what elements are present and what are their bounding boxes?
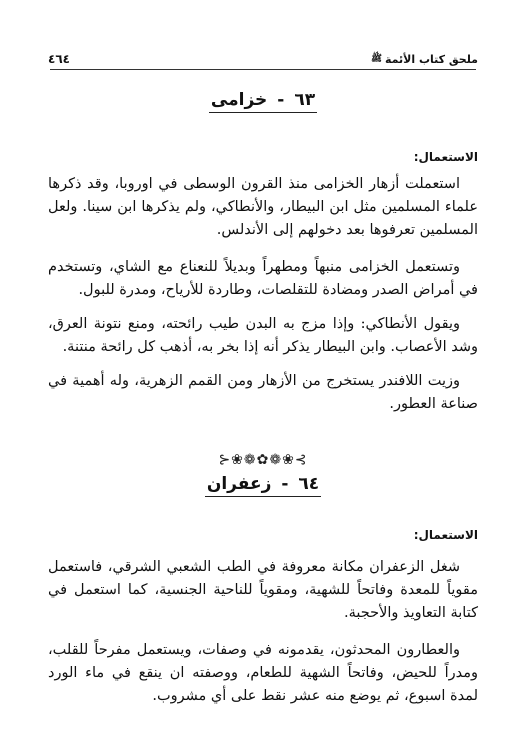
section-title-64: ٦٤-زعفران xyxy=(48,474,478,497)
section-title-63: ٦٣-خزامى xyxy=(48,90,478,113)
book-title: ملحق كتاب الأئمة ﷺ xyxy=(371,52,478,66)
usage-label: الاستعمال: xyxy=(414,528,478,542)
section-name: زعفران xyxy=(207,474,272,494)
book-title-text: ملحق كتاب الأئمة xyxy=(385,53,478,66)
running-header: ملحق كتاب الأئمة ﷺ ٤٦٤ xyxy=(48,46,478,66)
book-page: ملحق كتاب الأئمة ﷺ ٤٦٤ ٦٣-خزامى الاستعما… xyxy=(48,0,478,744)
section-number: ٦٣ xyxy=(294,90,315,110)
honorific-icon: ﷺ xyxy=(371,52,382,66)
paragraph: والعطارون المحدثون، يقدمونه في وصفات، وي… xyxy=(48,639,478,708)
section-separator: - xyxy=(281,474,288,494)
section-separator: - xyxy=(277,90,284,110)
ornament-divider-icon: ⊱❀❁✿❁❀⊰ xyxy=(48,452,478,468)
usage-label: الاستعمال: xyxy=(414,150,478,164)
paragraph: وزيت اللافندر يستخرج من الأزهار ومن القم… xyxy=(48,370,478,416)
paragraph: شغل الزعفران مكانة معروفة في الطب الشعبي… xyxy=(48,556,478,625)
section-number: ٦٤ xyxy=(298,474,319,494)
section-name: خزامى xyxy=(211,90,267,110)
paragraph: وتستعمل الخزامى منبهاً ومطهراً وبديلاً ل… xyxy=(48,256,478,302)
page-number: ٤٦٤ xyxy=(48,52,70,66)
paragraph: ويقول الأنطاكي: وإذا مزج به البدن طيب را… xyxy=(48,313,478,359)
header-rule xyxy=(50,69,476,70)
section-heading: ٦٣-خزامى xyxy=(209,90,317,113)
section-heading: ٦٤-زعفران xyxy=(205,474,321,497)
paragraph: استعملت أزهار الخزامى منذ القرون الوسطى … xyxy=(48,173,478,242)
